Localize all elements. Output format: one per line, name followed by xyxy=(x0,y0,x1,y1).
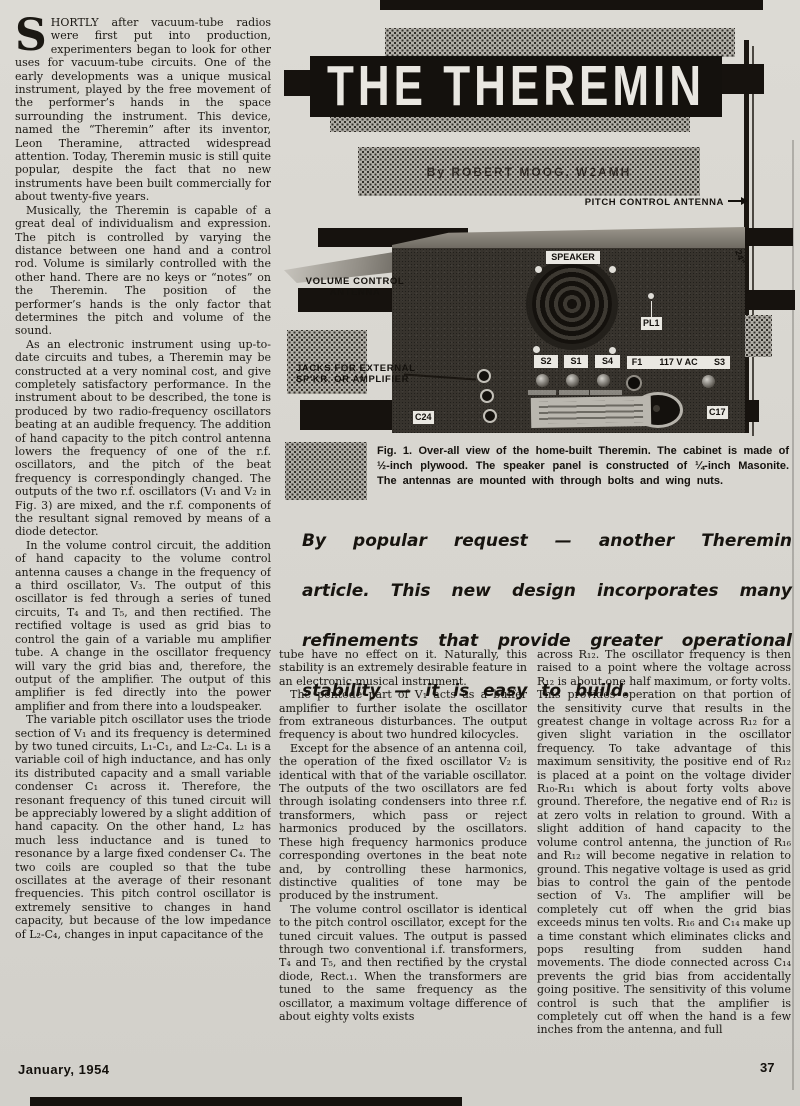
speaker-grille xyxy=(532,264,612,344)
pl1-tag: PL1 xyxy=(641,317,662,330)
fuse-holder-f1 xyxy=(626,375,642,391)
pitch-antenna-label: PITCH CONTROL ANTENNA xyxy=(556,197,742,208)
toggle-switch-s2 xyxy=(536,374,549,387)
arrow-right-icon xyxy=(728,200,742,202)
speaker-bolt-dot xyxy=(609,266,616,273)
body-paragraph: Musically, the Theremin is capable of a … xyxy=(15,204,271,338)
volume-antenna-label: VOLUME CONTROL ANTENNA xyxy=(302,276,408,298)
footer-issue-date: January, 1954 xyxy=(18,1062,110,1077)
switch-nameplate xyxy=(528,390,556,395)
c17-tag: C17 xyxy=(707,406,728,419)
title-left-tab xyxy=(284,70,312,96)
output-jack xyxy=(483,409,497,423)
halftone-strip-under-title xyxy=(330,117,690,132)
body-paragraph: In the volume control circuit, the addit… xyxy=(15,539,271,713)
pilot-light-leader xyxy=(651,301,652,317)
f1-tag: F1 xyxy=(627,356,647,369)
toggle-switch-s4 xyxy=(597,374,610,387)
s1-tag: S1 xyxy=(564,355,588,368)
body-paragraph: The variable pitch oscillator uses the t… xyxy=(15,713,271,941)
byline: By ROBERT MOOG, W2AMH xyxy=(427,165,632,179)
speaker-bolt-dot xyxy=(609,347,616,354)
figure-caption: Fig. 1. Over-all view of the home-built … xyxy=(377,444,789,489)
page-title: THE THEREMIN xyxy=(327,55,705,119)
output-jack xyxy=(477,369,491,383)
title-banner: THE THEREMIN xyxy=(310,56,722,117)
magazine-page: THE THEREMIN By ROBERT MOOG, W2AMH 24" P… xyxy=(0,0,800,1106)
article-column-left: SHORTLY after vacuum-tube radios were fi… xyxy=(15,16,271,1058)
page-edge-line xyxy=(792,140,794,1090)
speaker-bolt-dot xyxy=(533,346,540,353)
body-paragraph: The volume control oscillator is identic… xyxy=(279,903,527,1024)
caption-halftone-square xyxy=(285,442,367,500)
body-paragraph: Except for the absence of an antenna coi… xyxy=(279,742,527,903)
page-edge-bottom-bar xyxy=(30,1097,462,1106)
speaker-bolt-dot xyxy=(535,266,542,273)
body-paragraph: As an electronic instrument using up-to-… xyxy=(15,338,271,539)
switch-nameplate xyxy=(559,390,589,395)
title-right-tab xyxy=(720,64,764,94)
s2-tag: S2 xyxy=(534,355,558,368)
jacks-label: JACKS FOR EXTERNAL SP'KR. OR AMPLIFIER xyxy=(296,363,412,385)
halftone-band-top xyxy=(385,28,735,57)
photo-strip-right-top xyxy=(737,228,793,246)
page-edge-top-bar xyxy=(380,0,763,10)
s3-tag: S3 xyxy=(709,356,730,369)
byline-band: By ROBERT MOOG, W2AMH xyxy=(358,147,700,196)
instrument-nameplate xyxy=(531,396,652,428)
switch-nameplate xyxy=(590,390,622,395)
dropcap: S xyxy=(15,16,51,54)
speaker-tag: SPEAKER xyxy=(546,251,600,264)
photo-strip-left-bottom xyxy=(300,400,392,430)
ac-tag: 117 V AC xyxy=(646,356,711,369)
pilot-light-dot xyxy=(648,293,654,299)
c24-tag: C24 xyxy=(413,411,434,424)
photo-strip-right-mid xyxy=(737,290,795,310)
footer-page-number: 37 xyxy=(760,1060,774,1075)
toggle-switch-s1 xyxy=(566,374,579,387)
s4-tag: S4 xyxy=(595,355,620,368)
output-jack xyxy=(480,389,494,403)
toggle-switch-s3 xyxy=(702,375,715,388)
pull-quote: By popular request — another Theremin ar… xyxy=(302,516,792,716)
body-paragraph: SHORTLY after vacuum-tube radios were fi… xyxy=(15,16,271,204)
